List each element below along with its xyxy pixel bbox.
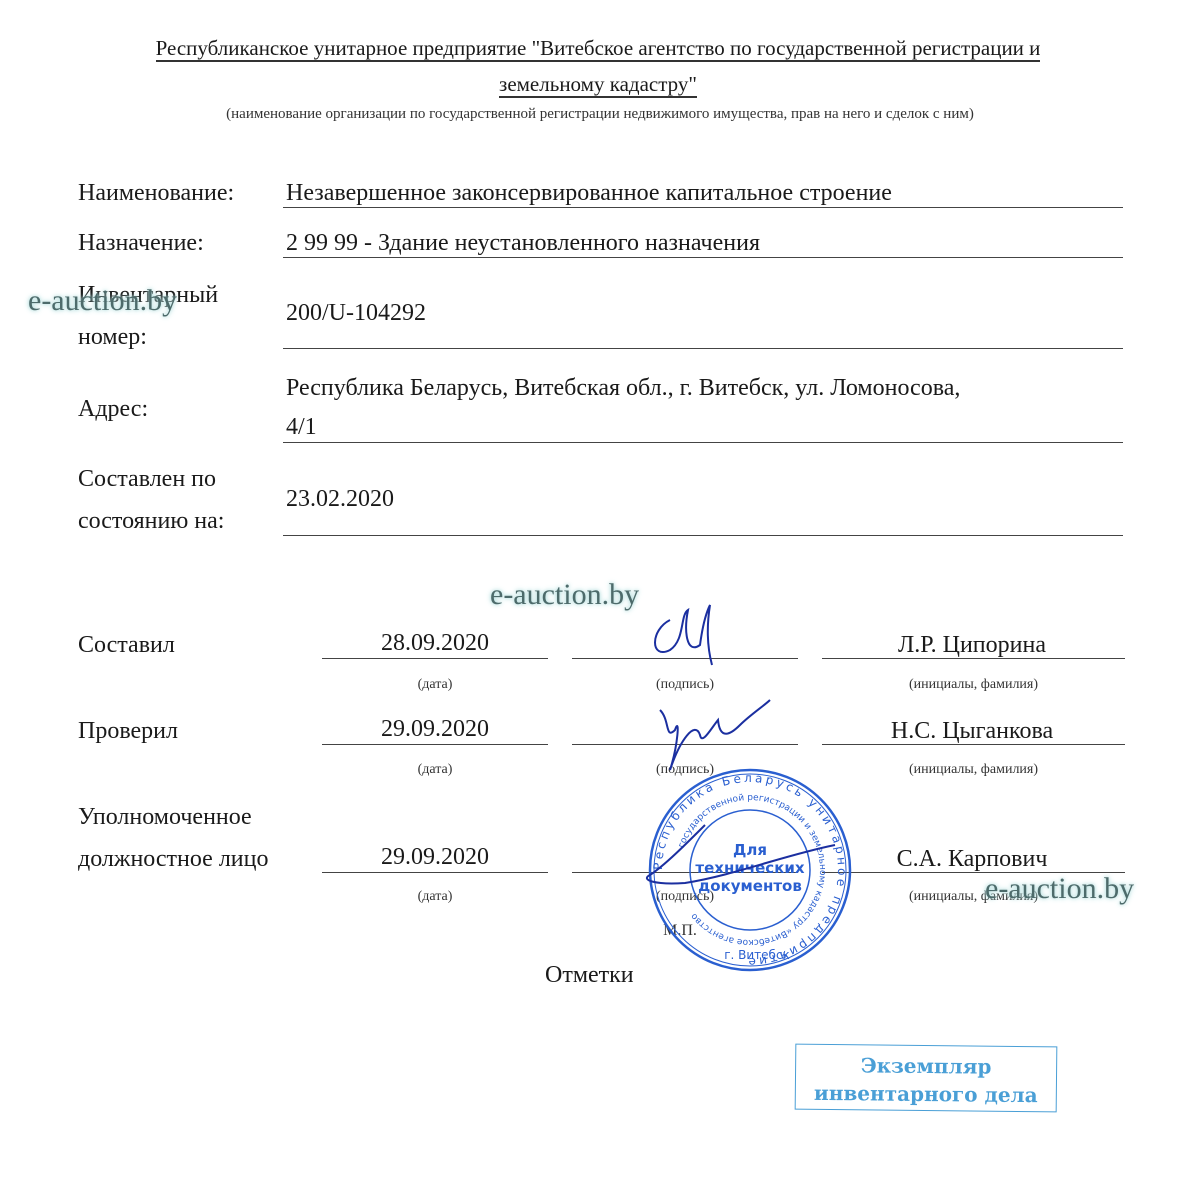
- field-rule: [283, 535, 1123, 536]
- organization-caption: (наименование организации по государстве…: [80, 106, 1120, 123]
- sig-role-authorized-2: должностное лицо: [78, 842, 269, 876]
- field-label-name: Наименование:: [78, 176, 234, 210]
- signature-scribble-1: [640, 590, 740, 670]
- organization-name-line1: Республиканское унитарное предприятие "В…: [88, 36, 1108, 61]
- watermark: e-auction.by: [985, 872, 1134, 906]
- sig-role-authorized-1: Уполномоченное: [78, 800, 252, 834]
- svg-text:документов: документов: [698, 877, 802, 895]
- sig-name-authorized: С.А. Карпович: [822, 846, 1122, 873]
- sig-role-compiled: Составил: [78, 628, 175, 662]
- field-rule: [283, 348, 1123, 349]
- field-value-purpose: 2 99 99 - Здание неустановленного назнач…: [286, 230, 760, 257]
- inventory-copy-stamp: Экземпляр инвентарного дела: [795, 1044, 1058, 1113]
- field-value-address-1: Республика Беларусь, Витебская обл., г. …: [286, 375, 960, 402]
- caption-name: (инициалы, фамилия): [822, 762, 1125, 778]
- date-rule: [322, 658, 548, 659]
- field-label-address: Адрес:: [78, 392, 148, 426]
- caption-date: (дата): [322, 677, 548, 693]
- field-rule: [283, 257, 1123, 258]
- date-rule: [322, 744, 548, 745]
- field-label-inventory-2: номер:: [78, 320, 147, 354]
- field-value-address-2: 4/1: [286, 414, 317, 441]
- svg-text:г. Витебск: г. Витебск: [724, 948, 790, 962]
- field-value-name: Незавершенное законсервированное капитал…: [286, 180, 892, 207]
- sig-date-authorized: 29.09.2020: [322, 844, 548, 871]
- watermark: e-auction.by: [490, 578, 639, 612]
- marks-title: Отметки: [545, 962, 634, 989]
- sig-role-checked: Проверил: [78, 714, 178, 748]
- org-line2-text: земельному кадастру": [499, 72, 697, 98]
- name-rule: [822, 744, 1125, 745]
- name-rule: [822, 658, 1125, 659]
- sig-date-compiled: 28.09.2020: [322, 630, 548, 657]
- organization-name-line2: земельному кадастру": [88, 72, 1108, 97]
- sig-name-checked: Н.С. Цыганкова: [822, 718, 1122, 745]
- field-value-inventory: 200/U-104292: [286, 300, 426, 327]
- field-rule: [283, 207, 1123, 208]
- stamp-line1: Экземпляр: [796, 1051, 1056, 1082]
- org-line1-text: Республиканское унитарное предприятие "В…: [156, 36, 1041, 62]
- watermark: e-auction.by: [28, 284, 177, 318]
- round-stamp: Республика Беларусь унитарное предприяти…: [645, 765, 855, 975]
- caption-date: (дата): [322, 889, 548, 905]
- field-label-state-1: Составлен по: [78, 462, 216, 496]
- field-label-purpose: Назначение:: [78, 226, 204, 260]
- stamp-line2: инвентарного дела: [796, 1079, 1056, 1110]
- field-value-state: 23.02.2020: [286, 486, 394, 513]
- field-rule: [283, 442, 1123, 443]
- svg-text:Для: Для: [733, 841, 767, 859]
- sig-date-checked: 29.09.2020: [322, 716, 548, 743]
- field-label-state-2: состоянию на:: [78, 504, 224, 538]
- caption-date: (дата): [322, 762, 548, 778]
- date-rule: [322, 872, 548, 873]
- caption-name: (инициалы, фамилия): [822, 677, 1125, 693]
- sig-name-compiled: Л.Р. Ципорина: [822, 632, 1122, 659]
